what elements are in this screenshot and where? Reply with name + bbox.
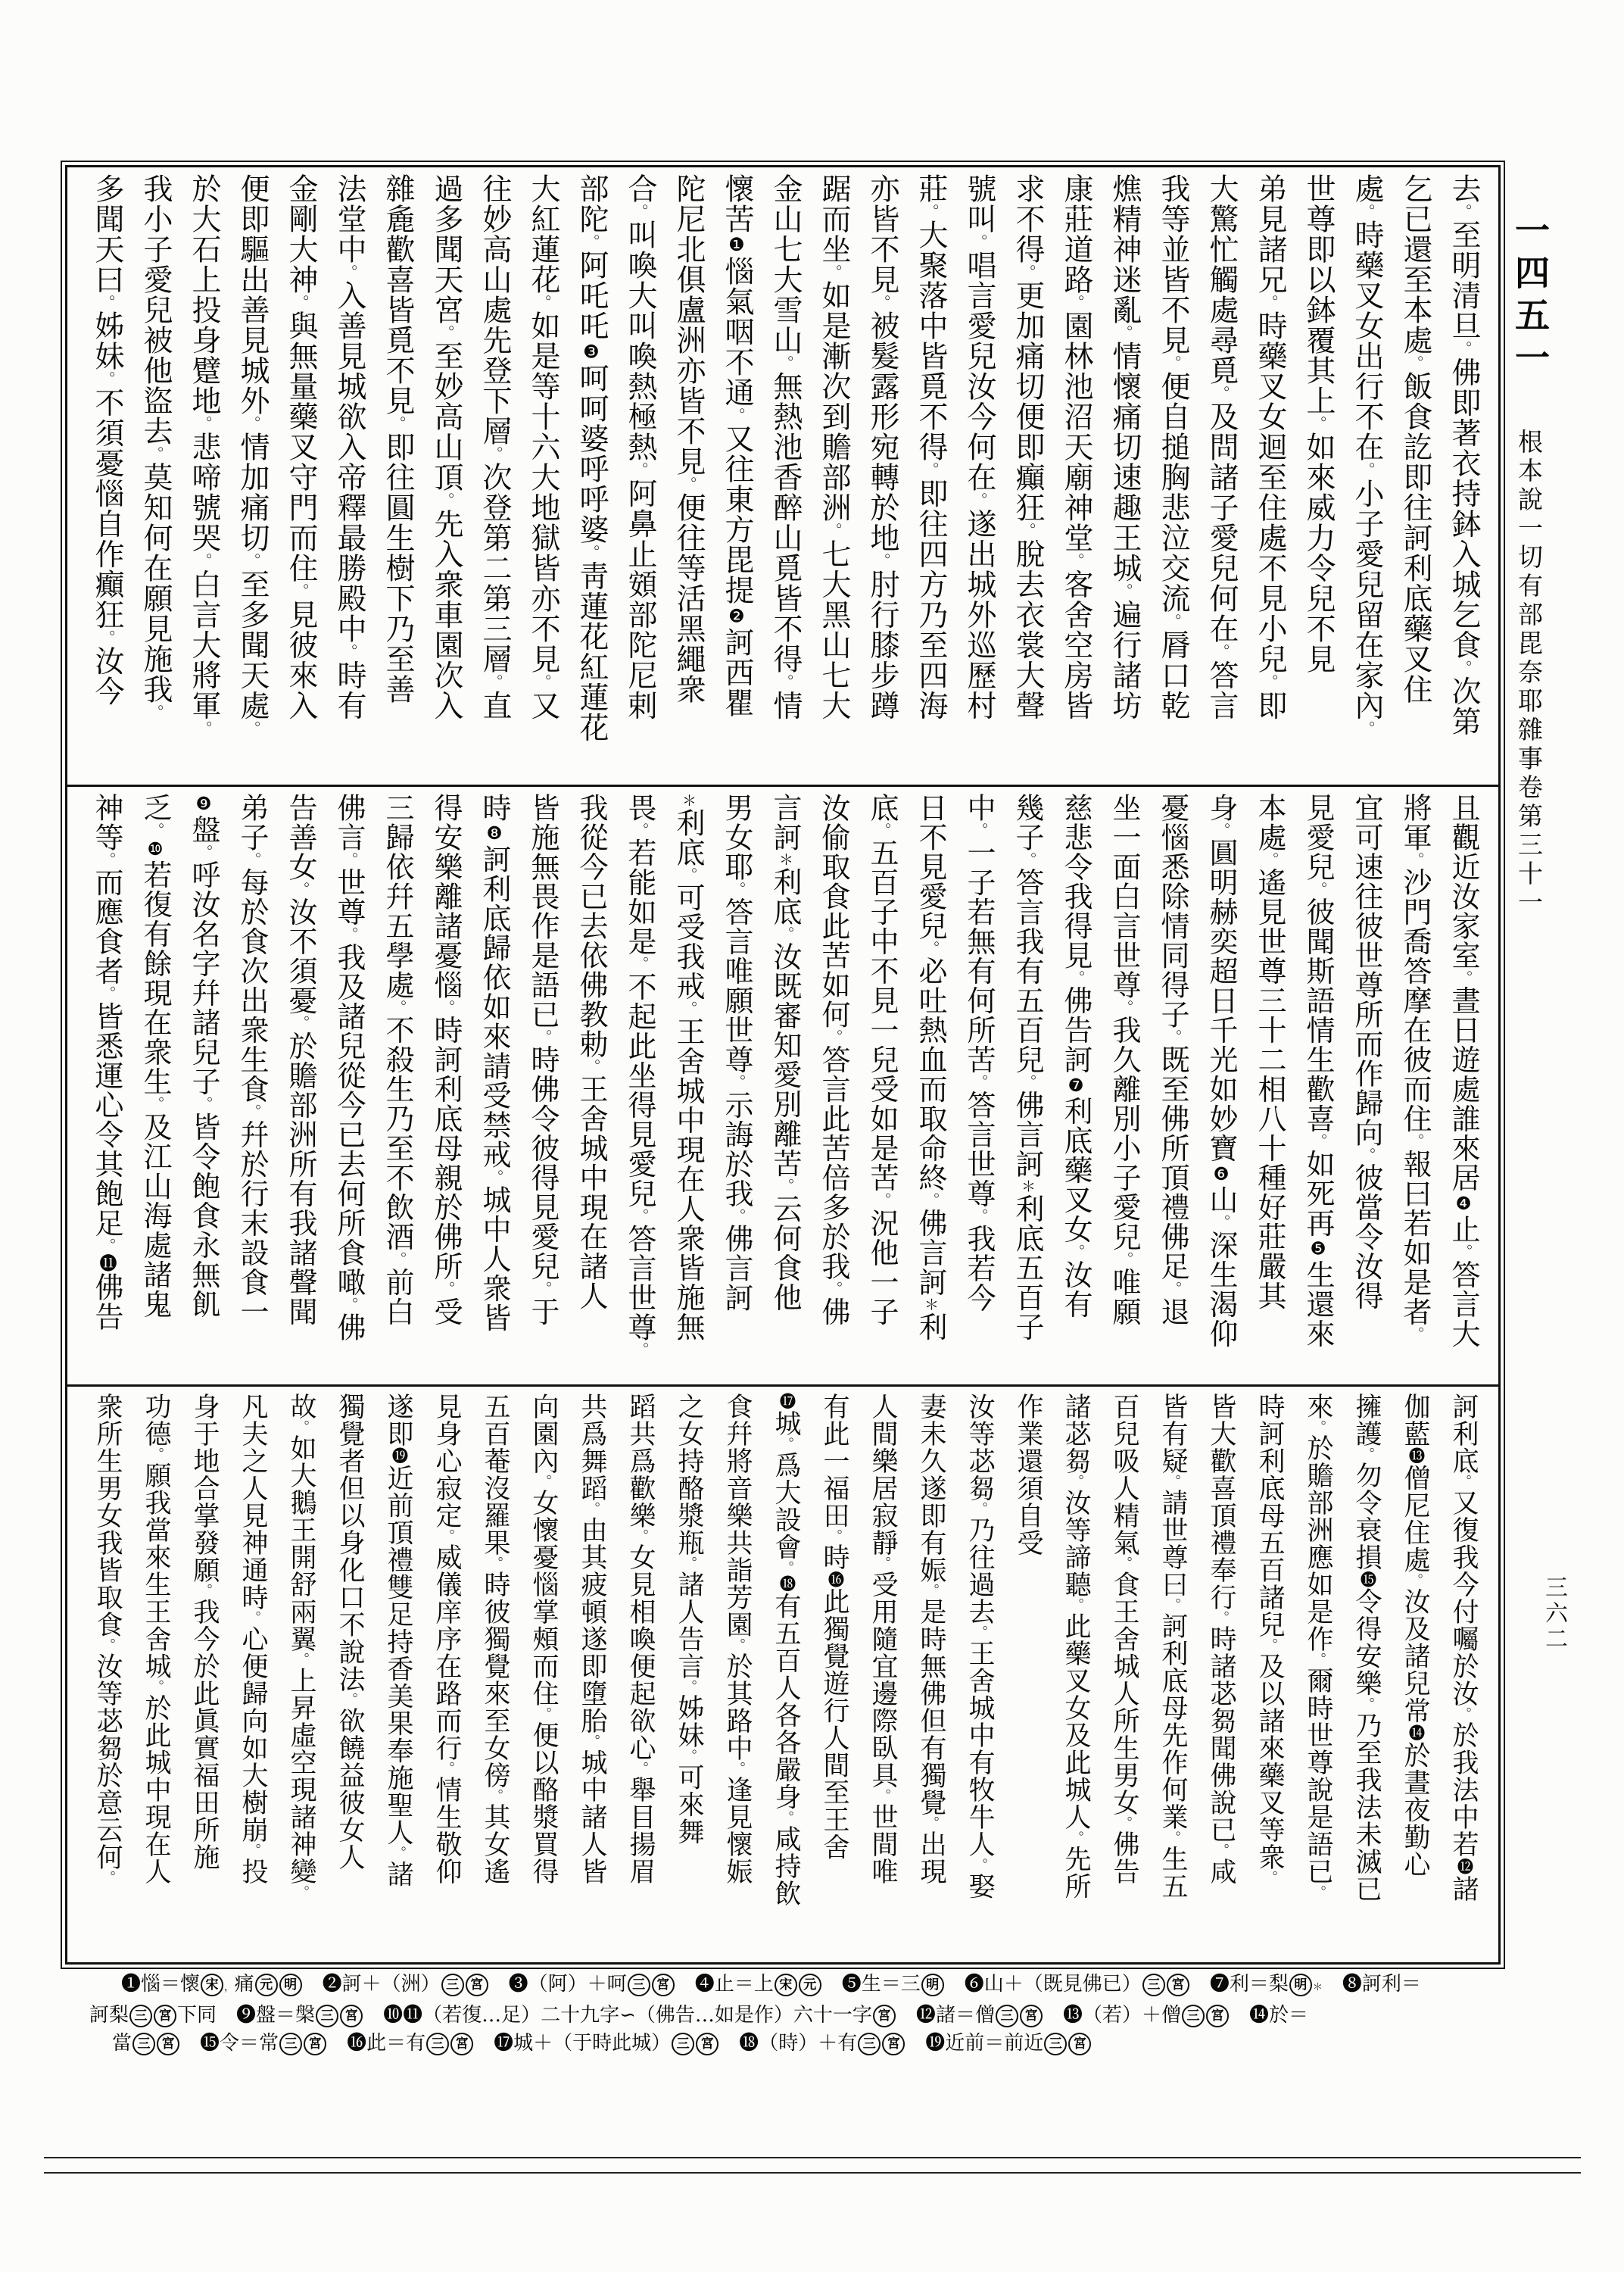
edition-mark: 三 xyxy=(132,2033,155,2055)
register-3-columns: 訶利底。又復我今付囑於汝。於我法中若⓬諸伽藍⓭僧尼住處。汝及諸兒常⓮於晝夜勤心擁… xyxy=(75,1393,1488,1958)
collation-star: ＊ xyxy=(777,852,793,867)
register-2-columns: 且觀近汝家室。晝日遊處誰來居❹止。答言大將軍。沙門喬答摩在彼而住。報曰若如是者。… xyxy=(75,793,1488,1380)
footnote-line: 訶梨三宮下同 ❾盤＝槃三宮 ❿⓫（若復…足）二十九字∽（佛告…如是作）六十一字宮… xyxy=(89,2002,1567,2030)
edition-mark: 三 xyxy=(1044,2033,1067,2055)
bottom-rule xyxy=(44,2157,1581,2158)
edition-mark: 宮 xyxy=(652,1974,675,1996)
note-marker: ⓲ xyxy=(739,2032,759,2055)
edition-mark: 三 xyxy=(672,2033,694,2055)
text-column: 坐一面白言世尊。我久離別小子愛兒。唯願 xyxy=(1100,793,1149,1380)
text-column: 擁護。勿令衰損⓯令得安樂。乃至我法未滅已 xyxy=(1342,1393,1391,1958)
text-block: 去。至明清旦。佛即著衣持鉢入城乞食。次第乞已還至本處。飯食訖即往訶利底藥叉住處。… xyxy=(65,165,1501,1965)
footnote-line: ❶惱＝懷宋，痛元明 ❷訶＋（洲）三宮 ❸（阿）＋呵三宮 ❹止＝上宋元 ❺生＝三明… xyxy=(89,1971,1567,2002)
edition-mark: 宮 xyxy=(1167,1974,1189,1996)
text-column: 共爲舞蹈。由其疲頓遂即墮胎。城中諸人皆 xyxy=(568,1393,616,1958)
note-marker: ⓯ xyxy=(200,2032,220,2055)
edition-mark: 三 xyxy=(426,2033,449,2055)
text-column: 皆大歡喜頂禮奉行。時諸苾芻聞佛說已。咸 xyxy=(1197,1393,1245,1958)
edition-mark: 三 xyxy=(279,2033,302,2055)
text-column: 皆有疑。請世尊曰。訶利底母先作何業。生五 xyxy=(1149,1393,1197,1958)
text-column: 且觀近汝家室。晝日遊處誰來居❹止。答言大 xyxy=(1439,793,1488,1380)
text-column: 得安樂離諸憂惱。時訶利底母親於佛所。受 xyxy=(422,793,470,1380)
text-column: 我從今已去依佛教勅。王舍城中現在諸人 xyxy=(567,793,616,1380)
text-column: 妻未久遂即有娠。是時無佛但有獨覺。出現 xyxy=(907,1393,955,1958)
text-column: 汝等苾芻。乃往過去。王舍城中有牧牛人。娶 xyxy=(955,1393,1004,1958)
text-column: 百兒吸人精氣。食王舍城人所生男女。佛告 xyxy=(1100,1393,1149,1958)
note-marker: ❺ xyxy=(842,1973,862,1996)
text-column: 遂即⓳近前頂禮雙足持香美果奉施聖人。諸 xyxy=(374,1393,422,1958)
text-column: 底。五百子中不見一兒受如是苦。況他一子 xyxy=(858,793,906,1380)
edition-mark: 宋 xyxy=(201,1974,223,1996)
edition-mark: 元 xyxy=(255,1974,278,1996)
note-marker: ❷ xyxy=(323,1973,342,1996)
edition-mark: 宮 xyxy=(340,2005,363,2027)
text-column: 見愛兒。彼聞斯語情生歡喜。如死再❺生還來 xyxy=(1294,793,1342,1380)
note-marker: ⓰ xyxy=(825,1571,844,1588)
text-column: 合。叫喚大叫喚熱極熱。阿鼻止頞部陀尼剌 xyxy=(616,173,664,780)
text-column: 佛言。世尊。我及諸兒從今已去何所食噉。佛 xyxy=(325,793,373,1380)
text-column: 人間樂居寂靜。受用隨宜邊際臥具。世間唯 xyxy=(859,1393,907,1958)
text-column: 有此一福田。時⓰此獨覺遊行人間至王舍 xyxy=(810,1393,859,1958)
edition-mark: 三 xyxy=(1182,2005,1205,2027)
text-column: 訶利底。又復我今付囑於汝。於我法中若⓬諸 xyxy=(1439,1393,1488,1958)
text-column: 陀尼北俱盧洲亦皆不見。便往等活黑繩衆 xyxy=(664,173,712,780)
edition-mark: 宋 xyxy=(775,1974,797,1996)
text-column: 莊。大聚落中皆覓不得。即往四方乃至四海 xyxy=(906,173,955,780)
note-marker: ⓰ xyxy=(347,2032,366,2055)
register-2: 且觀近汝家室。晝日遊處誰來居❹止。答言大將軍。沙門喬答摩在彼而住。報曰若如是者。… xyxy=(67,785,1498,1384)
text-column: 金山七大雪山。無熱池香醉山覓皆不得。情 xyxy=(761,173,809,780)
text-column: 神等。而應食者。皆悉運心令其飽足。⓫佛告 xyxy=(83,793,131,1380)
note-marker: ⓲ xyxy=(777,1575,796,1593)
edition-mark: 宮 xyxy=(696,2033,718,2055)
text-column: 於大石上投身躄地。悲啼號哭。白言大將軍。 xyxy=(179,173,228,780)
text-column: 將軍。沙門喬答摩在彼而住。報曰若如是者。 xyxy=(1391,793,1439,1380)
collation-star: ＊ xyxy=(680,793,697,808)
note-marker: ⓱ xyxy=(777,1393,796,1410)
edition-mark: 三 xyxy=(316,2005,338,2027)
text-column: 衆所生男女我皆取食。汝等苾芻於意云何。 xyxy=(83,1393,132,1958)
text-column: 我小子愛兒被他盜去。莫知何在願見施我。 xyxy=(131,173,179,780)
text-column: 大驚忙觸處尋覓。及問諸子愛兒何在。答言 xyxy=(1197,173,1245,780)
edition-mark: 宮 xyxy=(1068,2033,1091,2055)
text-column: 幾子。答言我有五百兒。佛言訶＊利底五百子 xyxy=(1003,793,1052,1380)
edition-mark: 宮 xyxy=(154,2005,176,2027)
edition-mark: 明 xyxy=(279,1974,302,1996)
text-block-border: 去。至明清旦。佛即著衣持鉢入城乞食。次第乞已還至本處。飯食訖即往訶利底藥叉住處。… xyxy=(61,161,1505,1969)
text-column: 來。於贍部洲應如是作。爾時世尊說是語已。 xyxy=(1294,1393,1342,1958)
text-column: 畏。若能如是。不起此坐得見愛兒。答言世尊。 xyxy=(616,793,664,1380)
collation-star: ＊ xyxy=(922,1297,939,1312)
edition-mark: 元 xyxy=(799,1974,821,1996)
text-column: 男女耶。答言唯願世尊。示誨於我。佛言訶 xyxy=(712,793,761,1380)
note-marker: ⓯ xyxy=(1357,1571,1376,1588)
note-marker: ❼ xyxy=(1210,1973,1230,1996)
note-marker: ⓮ xyxy=(1406,1724,1425,1742)
text-column: 法堂中。入善見城欲入帝釋最勝殿中。時有 xyxy=(325,173,373,780)
text-column: 往妙高山處先登下層。次登第二第三層。直 xyxy=(470,173,519,780)
text-column: 燋精神迷亂。情懷痛切速趣王城。遍行諸坊 xyxy=(1100,173,1149,780)
note-marker: ❹ xyxy=(695,1973,715,1996)
text-column: 我等並皆不見。便自搥胸悲泣交流。脣口乾 xyxy=(1149,173,1197,780)
text-number: 一四五一 xyxy=(1505,212,1555,382)
text-column: 弟子。每於食次出衆生食。幷於行末設食一 xyxy=(228,793,276,1380)
bottom-rule xyxy=(44,2172,1581,2174)
running-title: 根本說一切有部毘奈耶雜事卷第三十一 xyxy=(1511,429,1547,918)
note-marker: ❽ xyxy=(1342,1973,1362,1996)
edition-mark: 三 xyxy=(129,2005,152,2027)
edition-mark: 三 xyxy=(628,1974,650,1996)
text-column: 食幷將音樂共詣芳園。於其路中。逢見懷娠 xyxy=(713,1393,762,1958)
note-marker: ⓮ xyxy=(1249,2004,1269,2027)
edition-mark: 明 xyxy=(1289,1974,1312,1996)
note-marker: ⓭ xyxy=(1063,2004,1083,2027)
text-column: 汝偷取食此苦如何。答言此苦倍多於我。佛 xyxy=(809,793,858,1380)
text-column: 伽藍⓭僧尼住處。汝及諸兒常⓮於晝夜勤心 xyxy=(1391,1393,1439,1958)
text-column: ❾盤。呼汝名字幷諸兒子。皆令飽食永無飢 xyxy=(179,793,228,1380)
note-marker: ⓫ xyxy=(403,2004,422,2027)
text-column: 踞而坐。如是漸次到贍部洲。七大黑山七大 xyxy=(809,173,858,780)
text-column: 蹈共爲歡樂。女見相喚便起欲心。舉目揚眉 xyxy=(616,1393,665,1958)
text-column: 多聞天曰。姊妹。不須憂惱自作癲狂。汝今 xyxy=(83,173,131,780)
note-marker: ❿ xyxy=(145,838,166,860)
text-column: 告善女。汝不須憂。於贍部洲所有我諸聲聞 xyxy=(276,793,325,1380)
edition-mark: 宮 xyxy=(873,2005,896,2027)
text-column: 功德。願我當來生王舍城。於此城中現在人 xyxy=(132,1393,180,1958)
register-3: 訶利底。又復我今付囑於汝。於我法中若⓬諸伽藍⓭僧尼住處。汝及諸兒常⓮於晝夜勤心擁… xyxy=(67,1384,1498,1962)
text-column: 見身心寂定。威儀庠序在路而行。情生敬仰 xyxy=(422,1393,471,1958)
text-column: 向園內。女懷憂惱掌頰而住。便以酪漿買得 xyxy=(519,1393,568,1958)
text-column: 宜可速往彼世尊所而作歸向。彼當令汝得 xyxy=(1342,793,1391,1380)
text-column: ＊利底。可受我戒。王舍城中現在人衆皆施無 xyxy=(664,793,712,1380)
edition-mark: 宮 xyxy=(1020,2005,1043,2027)
text-column: 故。如大鵝王開舒兩翼。上昇虛空現諸神變。 xyxy=(277,1393,326,1958)
text-column: 世尊即以鉢覆其上。如來威力令兒不見 xyxy=(1294,173,1342,780)
note-marker: ❸ xyxy=(581,341,602,363)
note-marker: ❽ xyxy=(484,822,505,844)
note-marker: ⓭ xyxy=(1406,1447,1425,1465)
text-column: 號叫。唱言愛兒汝今何在。遂出城外巡歷村 xyxy=(955,173,1003,780)
text-column: 之女持酪漿瓶。諸人告言。姊妹。可來舞 xyxy=(665,1393,713,1958)
text-column: 便即驅出善見城外。情加痛切。至多聞天處。 xyxy=(228,173,276,780)
note-marker: ❾ xyxy=(193,793,214,815)
text-column: 時❽訶利底歸依如來請受禁戒。城中人衆皆 xyxy=(470,793,519,1380)
text-column: 大紅蓮花。如是等十六大地獄皆亦不見。又 xyxy=(519,173,567,780)
text-column: 作業還須自受 xyxy=(1004,1393,1052,1958)
edition-mark: 宮 xyxy=(1206,2005,1229,2027)
text-column: 處。時藥叉女出行不在。小子愛兒留在家內。 xyxy=(1342,173,1391,780)
note-marker: ❶ xyxy=(121,1973,141,1996)
note-marker: ⓳ xyxy=(925,2032,945,2055)
text-column: 身于地合掌發願。我今於此眞實福田所施 xyxy=(180,1393,229,1958)
text-column: 言訶＊利底。汝既審知愛別離苦。云何食他 xyxy=(761,793,809,1380)
text-column: 獨覺者但以身化口不說法。欲饒益彼女人 xyxy=(326,1393,374,1958)
text-column: 部陀。阿吒吒❸呵呵婆呼呼婆。靑蓮花紅蓮花 xyxy=(567,173,616,780)
edition-mark: 宮 xyxy=(466,1974,488,1996)
text-column: 弟見諸兄。時藥叉女迴至住處不見小兒。即 xyxy=(1245,173,1294,780)
text-column: 三歸依幷五學處。不殺生乃至不飲酒。前白 xyxy=(373,793,422,1380)
text-column: 慈悲令我得見。佛告訶❼利底藥叉女。汝有 xyxy=(1052,793,1100,1380)
edition-mark: 宮 xyxy=(304,2033,326,2055)
register-1: 去。至明清旦。佛即著衣持鉢入城乞食。次第乞已還至本處。飯食訖即往訶利底藥叉住處。… xyxy=(67,167,1498,785)
text-column: 懷苦❶惱氣咽不通。又往東方毘提❷訶西瞿 xyxy=(712,173,761,780)
note-marker: ❷ xyxy=(726,605,747,627)
note-marker: ❿ xyxy=(383,2004,403,2027)
text-column: 諸苾芻。汝等諦聽。此藥叉女及此城人。先所 xyxy=(1052,1393,1100,1958)
note-marker: ⓬ xyxy=(916,2004,936,2027)
note-marker: ❹ xyxy=(1453,1193,1474,1215)
text-column: 時訶利底母五百諸兒。及以諸來藥叉等衆。 xyxy=(1245,1393,1294,1958)
text-column: 雜麁歡喜皆覓不見。即往圓生樹下乃至善 xyxy=(373,173,422,780)
edition-mark: 三 xyxy=(996,2005,1018,2027)
edition-mark: 宮 xyxy=(450,2033,473,2055)
note-marker: ❸ xyxy=(509,1973,528,1996)
text-column: ⓱城。爲大設會。⓲有五百人各各嚴身。咸持飲 xyxy=(762,1393,810,1958)
edition-mark: 宮 xyxy=(882,2033,905,2055)
note-marker: ⓳ xyxy=(389,1447,408,1465)
note-marker: ❻ xyxy=(1211,1163,1232,1185)
page-number: 三六二 xyxy=(1537,1575,1570,1653)
text-column: 金剛大神。與無量藥叉守門而住。見彼來入 xyxy=(276,173,325,780)
note-marker: ⓫ xyxy=(96,1253,117,1272)
note-marker: ❾ xyxy=(236,2004,256,2027)
text-column: 求不得。更加痛切便即癲狂。脫去衣裳大聲 xyxy=(1003,173,1052,780)
edition-mark: 宮 xyxy=(157,2033,179,2055)
text-column: 日不見愛兒。必吐熱血而取命終。佛言訶＊利 xyxy=(906,793,955,1380)
text-column: 本處。遙見世尊三十二相八十種好莊嚴其 xyxy=(1245,793,1294,1380)
text-column: 凡夫之人見神通時。心便歸向如大樹崩。投 xyxy=(229,1393,277,1958)
text-column: 康莊道路。園林池沼天廟神堂。客舍空房皆 xyxy=(1052,173,1100,780)
text-column: 亦皆不見。被髮露形宛轉於地。肘行膝步蹲 xyxy=(858,173,906,780)
text-column: 皆施無畏作是語已。時佛令彼得見愛兒。于 xyxy=(519,793,567,1380)
note-marker: ❶ xyxy=(726,234,747,256)
edition-mark: 明 xyxy=(921,1974,944,1996)
text-column: 過多聞天宮。至妙高山頂。先入衆車園次入 xyxy=(422,173,470,780)
register-1-columns: 去。至明清旦。佛即著衣持鉢入城乞食。次第乞已還至本處。飯食訖即往訶利底藥叉住處。… xyxy=(75,173,1488,780)
text-column: 身。圓明赫奕超日千光如妙寶❻山。深生渴仰 xyxy=(1197,793,1245,1380)
note-marker: ❺ xyxy=(1308,1238,1329,1260)
text-column: 五百菴沒羅果。時彼獨覺來至女傍。其女遙 xyxy=(471,1393,519,1958)
collation-star: ＊ xyxy=(1313,1982,1323,1993)
edition-mark: 三 xyxy=(858,2033,881,2055)
text-column: 乏。❿若復有餘現在衆生。及江山海處諸鬼 xyxy=(131,793,179,1380)
note-marker: ❼ xyxy=(1065,1075,1086,1097)
scanned-canon-page: 一四五一 根本說一切有部毘奈耶雜事卷第三十一 三六二 去。至明清旦。佛即著衣持鉢… xyxy=(0,0,1624,2272)
text-column: 中。一子若無有何所苦。答言世尊。我若今 xyxy=(955,793,1003,1380)
edition-mark: 三 xyxy=(441,1974,464,1996)
footnote-line: 當三宮 ⓯令＝常三宮 ⓰此＝有三宮 ⓱城＋（于時此城）三宮 ⓲（時）＋有三宮 ⓳… xyxy=(89,2030,1567,2058)
text-column: 憂惱悉除情同得子。既至佛所頂禮佛足。退 xyxy=(1149,793,1197,1380)
footnote-apparatus: ❶惱＝懷宋，痛元明 ❷訶＋（洲）三宮 ❸（阿）＋呵三宮 ❹止＝上宋元 ❺生＝三明… xyxy=(89,1971,1567,2058)
note-marker: ❻ xyxy=(965,1973,984,1996)
collation-star: ＊ xyxy=(1019,1179,1036,1194)
note-marker: ⓱ xyxy=(494,2032,513,2055)
edition-mark: 三 xyxy=(1142,1974,1165,1996)
text-column: 乞已還至本處。飯食訖即往訶利底藥叉住 xyxy=(1391,173,1439,780)
note-marker: ⓬ xyxy=(1454,1858,1473,1875)
text-column: 去。至明清旦。佛即著衣持鉢入城乞食。次第 xyxy=(1439,173,1488,780)
